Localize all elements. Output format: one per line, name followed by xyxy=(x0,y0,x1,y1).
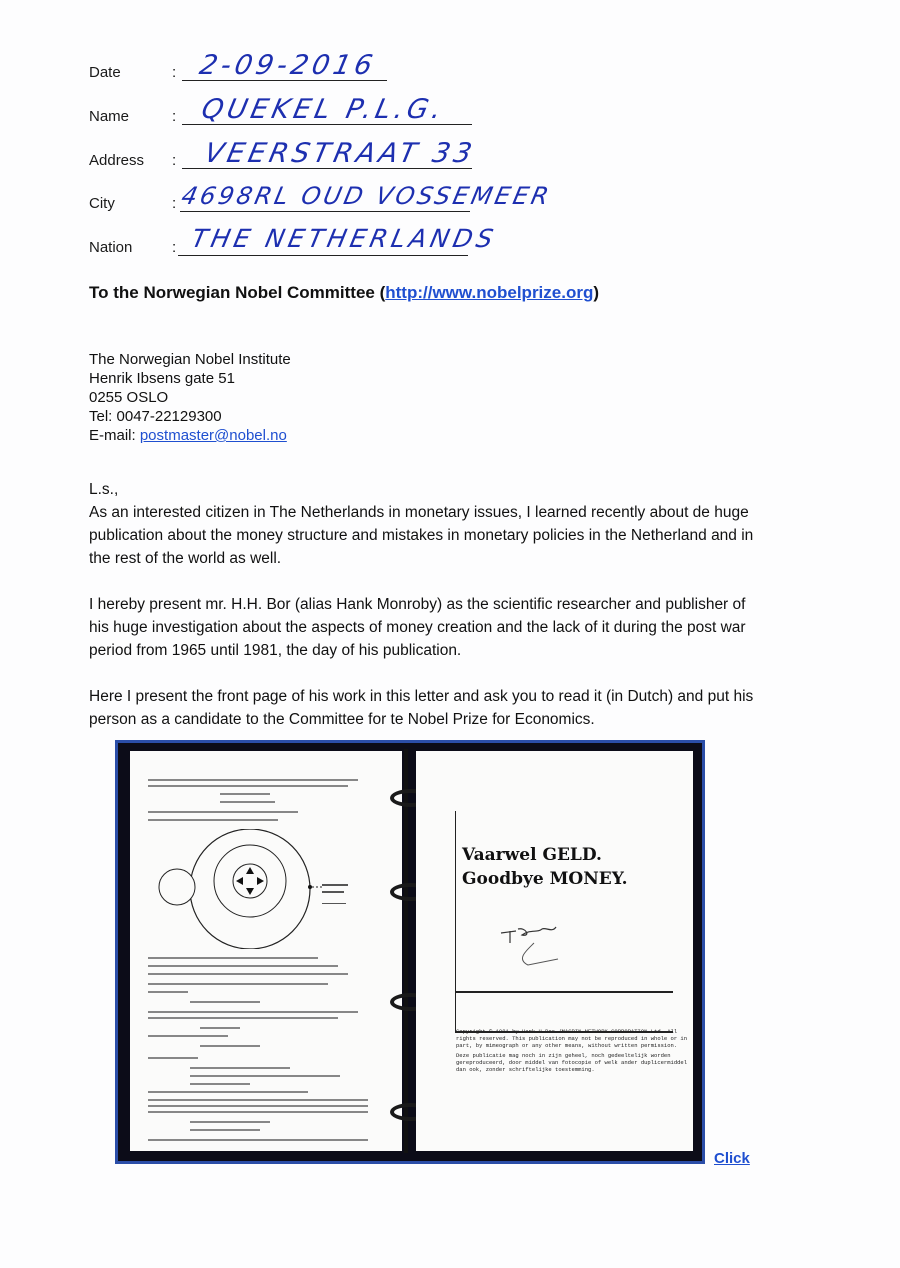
committee-heading: To the Norwegian Nobel Committee (http:/… xyxy=(89,283,599,303)
colon: : xyxy=(172,152,176,169)
city-underline xyxy=(180,211,470,212)
book-copyright: Copyright © 1981 by Hank.H.Bor./MACRIN N… xyxy=(456,1028,688,1073)
heading-close: ) xyxy=(593,283,599,302)
name-value: QUEKEL P.L.G. xyxy=(199,94,448,125)
recipient-line: 0255 OSLO xyxy=(89,388,291,407)
money-circle-diagram xyxy=(150,829,350,949)
book-title: Vaarwel GELD. Goodbye MONEY. xyxy=(462,843,628,891)
address-value: VEERSTRAAT 33 xyxy=(202,138,479,169)
nation-value: THE NETHERLANDS xyxy=(189,224,500,253)
book-front-page-image: Vaarwel GELD. Goodbye MONEY. Copyright ©… xyxy=(115,740,705,1164)
nation-label: Nation xyxy=(89,239,132,256)
paragraph: Here I present the front page of his wor… xyxy=(89,685,769,731)
colon: : xyxy=(172,195,176,212)
city-label: City xyxy=(89,195,115,212)
book-right-page: Vaarwel GELD. Goodbye MONEY. Copyright ©… xyxy=(416,751,693,1151)
heading-text: To the Norwegian Nobel Committee ( xyxy=(89,283,385,302)
author-signature xyxy=(496,921,576,971)
email-label: E-mail: xyxy=(89,427,140,444)
click-link[interactable]: Click xyxy=(714,1150,750,1167)
nation-underline xyxy=(178,255,468,256)
nobelprize-link[interactable]: http://www.nobelprize.org xyxy=(385,283,593,302)
book-title-dutch: Vaarwel GELD. xyxy=(462,843,628,867)
paragraph: As an interested citizen in The Netherla… xyxy=(89,501,769,570)
book-title-english: Goodbye MONEY. xyxy=(462,867,628,891)
colon: : xyxy=(172,239,176,256)
name-label: Name xyxy=(89,108,129,125)
date-value: 2-09-2016 xyxy=(197,50,379,81)
recipient-line: Henrik Ibsens gate 51 xyxy=(89,369,291,388)
colon: : xyxy=(172,64,176,81)
copyright-english: Copyright © 1981 by Hank.H.Bor./MACRIN N… xyxy=(456,1028,688,1049)
recipient-email-row: E-mail: postmaster@nobel.no xyxy=(89,426,291,445)
date-label: Date xyxy=(89,64,121,81)
recipient-line: The Norwegian Nobel Institute xyxy=(89,350,291,369)
paragraph: I hereby present mr. H.H. Bor (alias Han… xyxy=(89,593,769,662)
recipient-address: The Norwegian Nobel Institute Henrik Ibs… xyxy=(89,350,291,445)
colon: : xyxy=(172,108,176,125)
email-link[interactable]: postmaster@nobel.no xyxy=(140,427,287,444)
copyright-dutch: Deze publicatie mag noch in zijn geheel,… xyxy=(456,1052,688,1073)
salutation: L.s., xyxy=(89,478,769,501)
recipient-line: Tel: 0047-22129300 xyxy=(89,407,291,426)
letter-body: L.s., As an interested citizen in The Ne… xyxy=(89,478,769,731)
book-spine xyxy=(404,749,408,1153)
city-value: 4698RL OUD VOSSEMEER xyxy=(179,182,554,210)
address-label: Address xyxy=(89,152,144,169)
book-left-page xyxy=(130,751,402,1151)
